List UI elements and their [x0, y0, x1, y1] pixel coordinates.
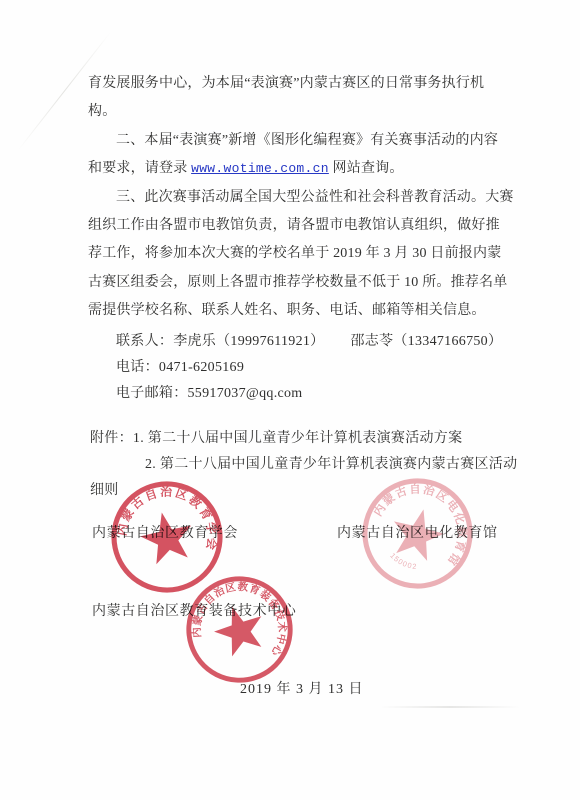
body-line: 组织工作由各盟市电教馆负责，请各盟市电教馆认真组织，做好推 — [88, 212, 496, 240]
contact-email: 电子邮箱：55917037@qq.com — [116, 381, 502, 407]
seal-registration-code: 150002 — [386, 550, 420, 572]
signature-org-education-equipment-center: 内蒙古自治区教育装备技术中心 — [92, 600, 296, 620]
attachments-block: 附件：1. 第二十八届中国儿童青少年计算机表演赛活动方案 2. 第二十八届中国儿… — [90, 426, 517, 504]
contact-block: 联系人：李虎乐（19997611921）邵志苓（13347166750） 电话：… — [116, 329, 502, 407]
scanned-document-page: 育发展服务中心，为本届“表演赛”内蒙古赛区的日常事务执行机 构。 二、本届“表演… — [0, 0, 580, 800]
document-date: 2019 年 3 月 13 日 — [240, 678, 364, 698]
attachment-line-2: 2. 第二十八届中国儿童青少年计算机表演赛内蒙古赛区活动 — [145, 452, 517, 478]
body-line-item2: 二、本届“表演赛”新增《图形化编程赛》有关赛事活动的内容 — [88, 127, 496, 155]
signature-org-audio-visual-education-center: 内蒙古自治区电化教育馆 — [337, 522, 498, 542]
website-url: www.wotime.com.cn — [191, 161, 329, 176]
contact-person-1: 联系人：李虎乐（19997611921） — [116, 334, 324, 349]
seal-ring-text: 内蒙古自治区教育装备技术中心 — [178, 567, 299, 683]
contact-phone: 电话：0471-6205169 — [116, 355, 502, 381]
url-suffix-text: 网站查询。 — [329, 161, 404, 176]
body-line: 古赛区组委会，原则上各盟市推荐学校数量不低于 10 所。推荐名单 — [88, 269, 496, 297]
body-line: 育发展服务中心，为本届“表演赛”内蒙古赛区的日常事务执行机 — [88, 70, 496, 98]
svg-text:内蒙古自治区教育装备技术中心: 内蒙古自治区教育装备技术中心 — [178, 567, 299, 683]
signature-org-education-society: 内蒙古自治区教育学会 — [92, 522, 238, 542]
body-line-with-url: 和要求，请登录 www.wotime.com.cn 网站查询。 — [88, 155, 496, 183]
url-prefix-text: 和要求，请登录 — [88, 161, 191, 176]
body-paragraphs: 育发展服务中心，为本届“表演赛”内蒙古赛区的日常事务执行机 构。 二、本届“表演… — [88, 70, 496, 326]
contact-person-2: 邵志苓（13347166750） — [350, 334, 502, 349]
attachment-line-3: 细则 — [90, 478, 517, 504]
body-line: 构。 — [88, 98, 496, 126]
svg-text:150002: 150002 — [386, 550, 420, 572]
scan-smudge-artifact — [380, 706, 520, 708]
body-line: 荐工作，将参加本次大赛的学校名单于 2019 年 3 月 30 日前报内蒙 — [88, 240, 496, 268]
contact-persons-line: 联系人：李虎乐（19997611921）邵志苓（13347166750） — [116, 329, 502, 355]
attachment-line-1: 附件：1. 第二十八届中国儿童青少年计算机表演赛活动方案 — [90, 426, 517, 452]
body-line-item3: 三、此次赛事活动属全国大型公益性和社会科普教育活动。大赛 — [88, 184, 496, 212]
body-line: 需提供学校名称、联系人姓名、职务、电话、邮箱等相关信息。 — [88, 297, 496, 325]
